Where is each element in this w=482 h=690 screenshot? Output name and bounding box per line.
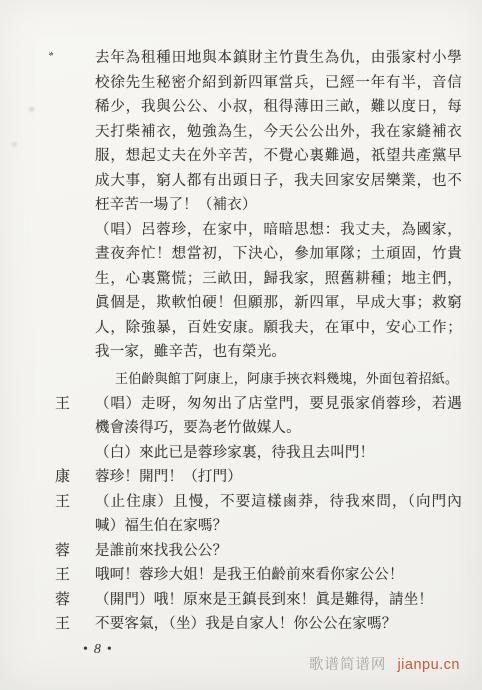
dialogue-text: 是誰前來找我公公？ (95, 539, 462, 564)
dialogue-row: 王 哦呵！蓉珍大姐！是我王伯齡前來看你家公公！ (55, 563, 462, 588)
speaker-label: 王 (55, 612, 95, 637)
dialogue-row: 王 （止住康）且慢，不要這樣鹵莽，待我來問，（向門內喊）福生伯在家嗎？ (55, 490, 462, 539)
page-number: 8 (90, 642, 107, 657)
speaker-label (55, 441, 95, 466)
footer-decor-left: • (83, 642, 90, 657)
margin-mark: * (47, 50, 54, 63)
footer-decor-right: • (107, 642, 114, 657)
dialogue-row: 康 蓉珍！開門！（打門） (55, 465, 462, 490)
dialogue-row: 蓉 是誰前來找我公公？ (55, 539, 462, 564)
speaker-label: 王 (55, 392, 95, 441)
dialogue-text: 不要客氣，（坐）我是自家人！你公公在家嗎？ (95, 612, 462, 637)
speaker-label: 康 (55, 465, 95, 490)
speaker-label: 王 (55, 490, 95, 539)
page-content: 去年為租種田地與本鎮財主竹貴生為仇，由張家村小學校徐先生秘密介紹到新四軍當兵，已… (55, 46, 462, 658)
dialogue-text: （開門）哦！原來是王鎮長到來！眞是難得，請坐！ (95, 588, 462, 613)
dialogue-section: 王 （唱）走呀，匆匆出了店堂門，要見張家俏蓉珍，若遇機會湊得巧，要為老竹做媒人。… (55, 392, 462, 637)
stage-direction: 王伯齡與館丁阿康上，阿康手挾衣料幾塊，外面包着招紙。 (115, 367, 462, 390)
speaker-label: 蓉 (55, 539, 95, 564)
dialogue-text: （白）來此已是蓉珍家裏，待我且去叫門！ (95, 441, 462, 466)
monologue-sung-paragraph: （唱）呂蓉珍，在家中，暗暗思想：我丈夫，為國家，晝夜奔忙！想當初，下決心，參加軍… (95, 218, 462, 365)
dialogue-row: 王 （唱）走呀，匆匆出了店堂門，要見張家俏蓉珍，若遇機會湊得巧，要為老竹做媒人。 (55, 392, 462, 441)
speaker-label: 王 (55, 563, 95, 588)
scanned-script-page: * 去年為租種田地與本鎮財主竹貴生為仇，由張家村小學校徐先生秘密介紹到新四軍當兵… (0, 0, 482, 690)
speaker-label: 蓉 (55, 588, 95, 613)
dialogue-row: （白）來此已是蓉珍家裏，待我且去叫門！ (55, 441, 462, 466)
scan-speck (29, 107, 34, 112)
watermark: 歌谱简谱网 jianpu.cn (309, 653, 460, 674)
watermark-site-url: jianpu.cn (397, 657, 460, 673)
scan-speck (12, 142, 17, 147)
dialogue-row: 王 不要客氣，（坐）我是自家人！你公公在家嗎？ (55, 612, 462, 637)
watermark-site-name: 歌谱简谱网 (309, 657, 387, 673)
monologue-spoken-paragraph: 去年為租種田地與本鎮財主竹貴生為仇，由張家村小學校徐先生秘密介紹到新四軍當兵，已… (95, 46, 462, 218)
dialogue-text: 哦呵！蓉珍大姐！是我王伯齡前來看你家公公！ (95, 563, 462, 588)
dialogue-text: （唱）走呀，匆匆出了店堂門，要見張家俏蓉珍，若遇機會湊得巧，要為老竹做媒人。 (95, 392, 462, 441)
dialogue-row: 蓉 （開門）哦！原來是王鎮長到來！眞是難得，請坐！ (55, 588, 462, 613)
dialogue-text: （止住康）且慢，不要這樣鹵莽，待我來問，（向門內喊）福生伯在家嗎？ (95, 490, 462, 539)
dialogue-text: 蓉珍！開門！（打門） (95, 465, 462, 490)
